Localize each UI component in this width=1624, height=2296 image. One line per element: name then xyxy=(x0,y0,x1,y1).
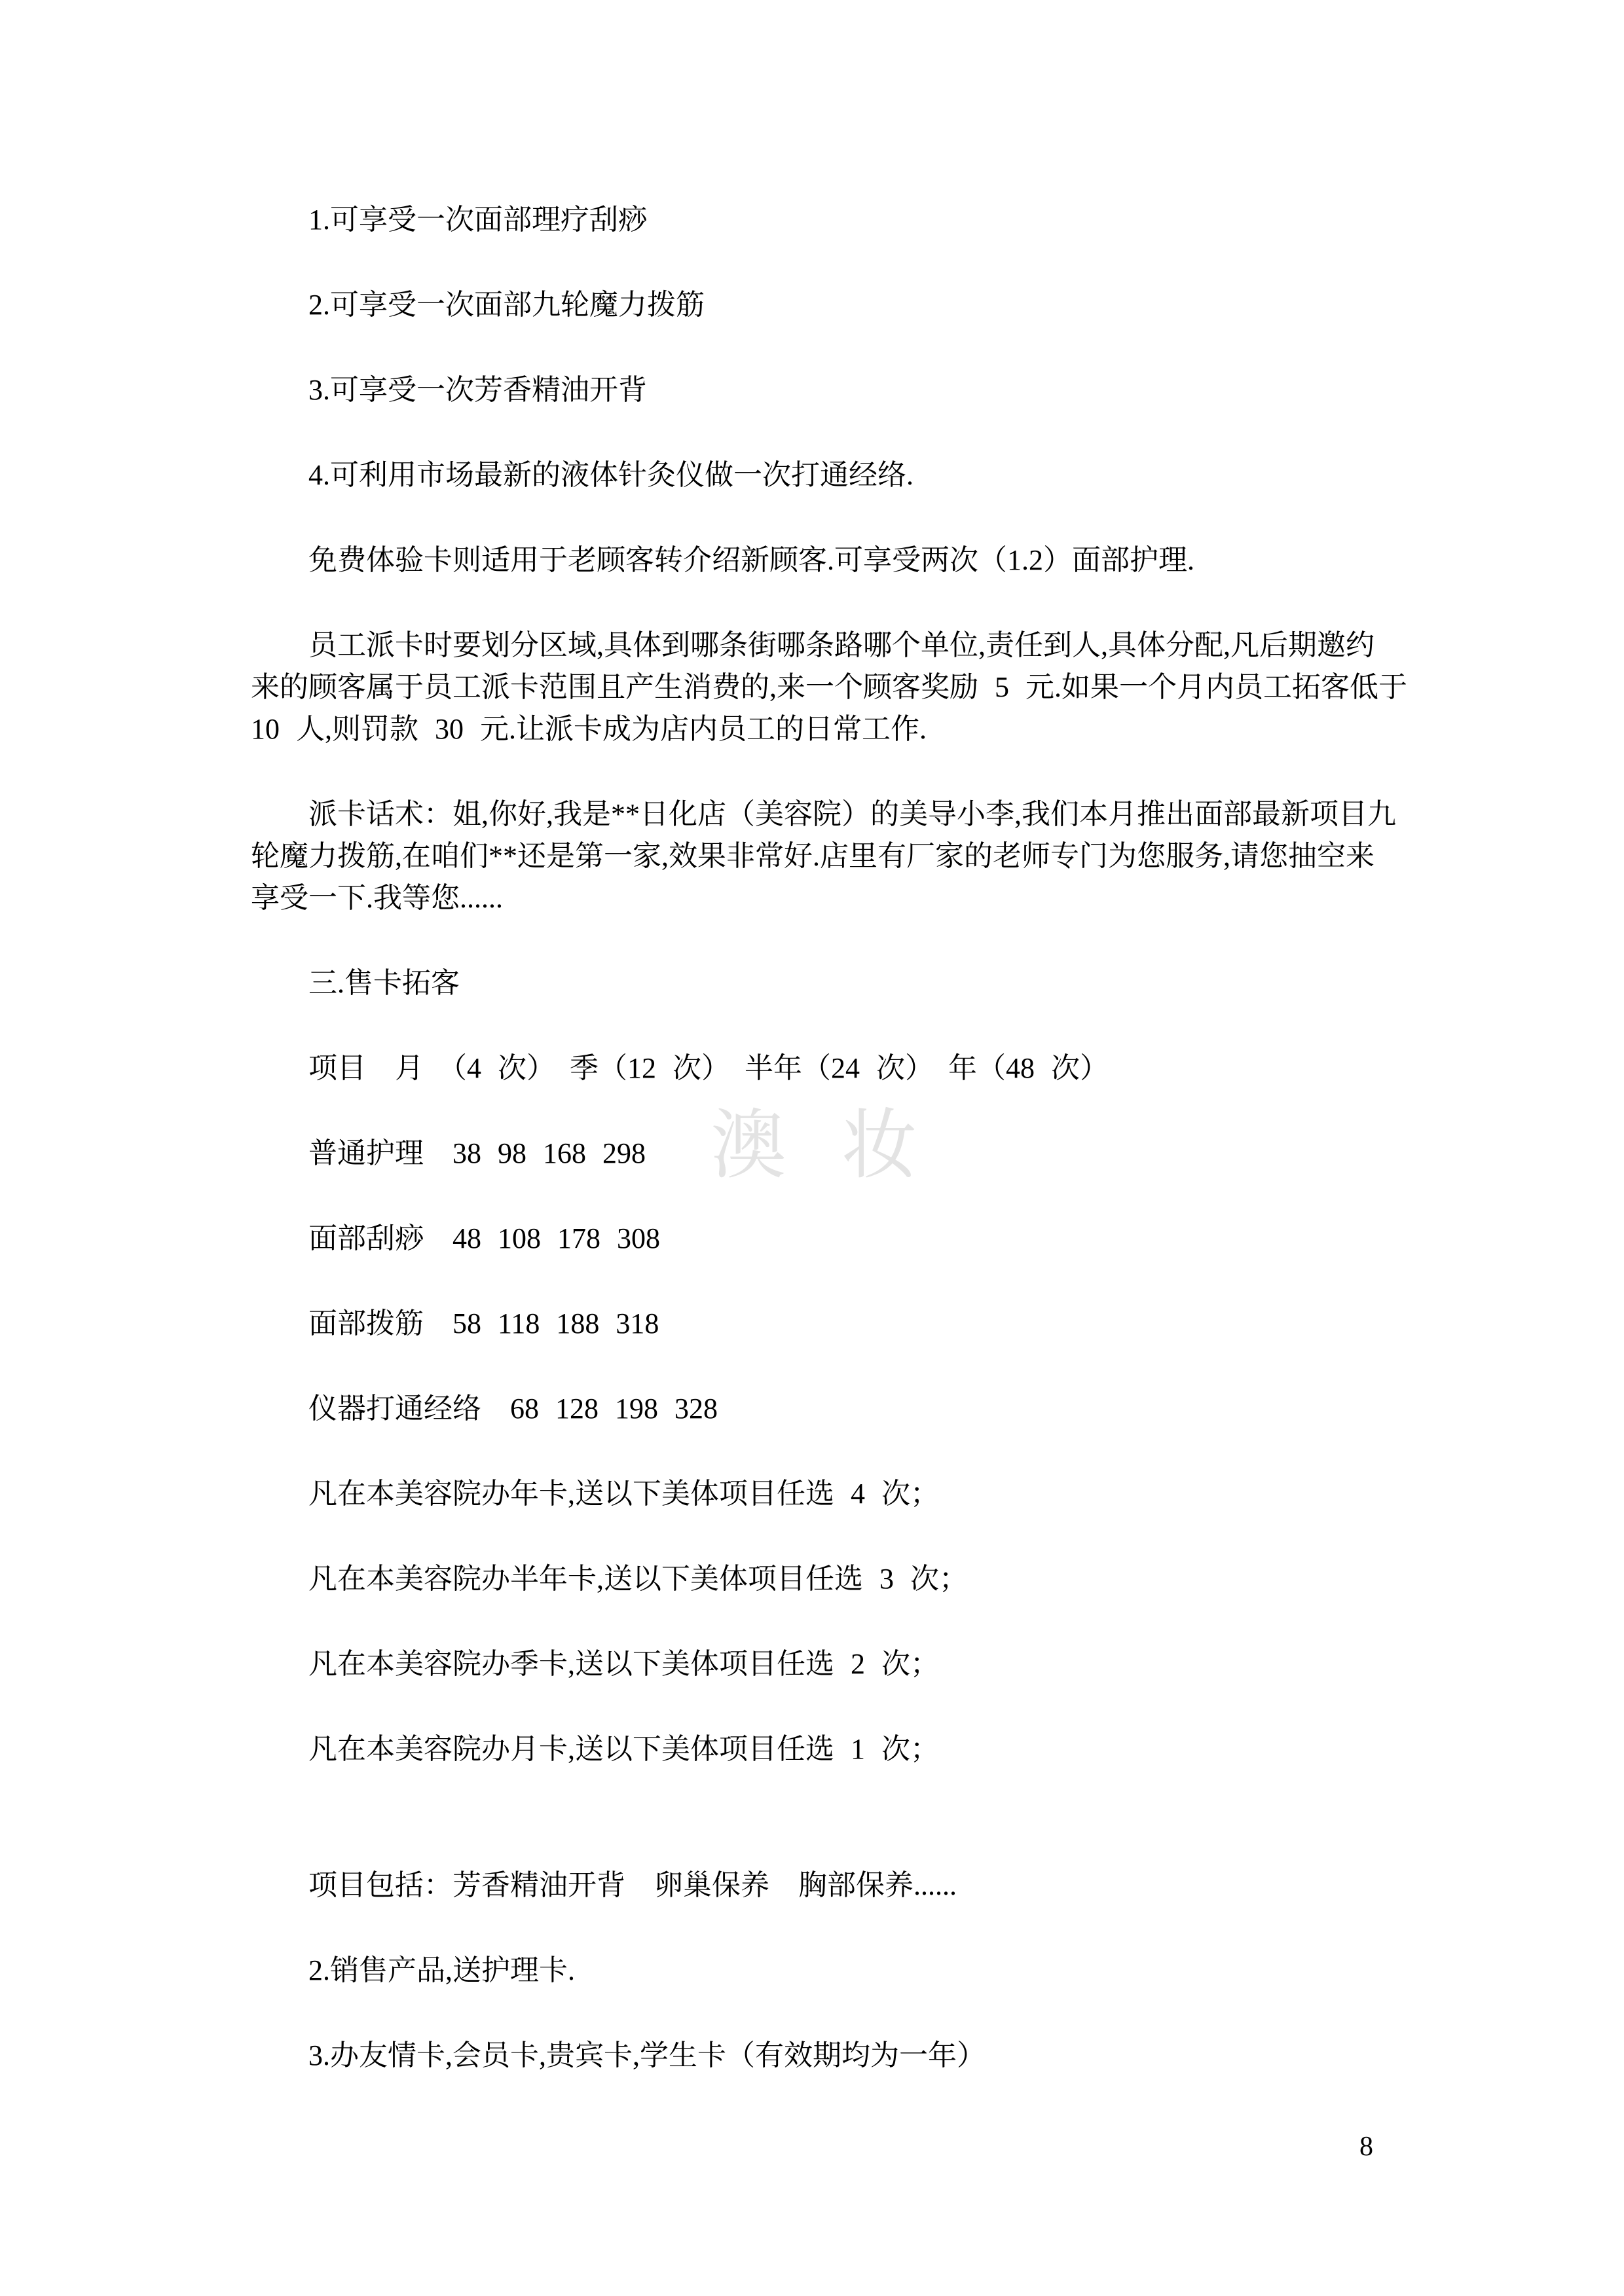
text-line: 项目包括：芳香精油开背 卵巢保养 胸部保养...... xyxy=(251,1865,1384,1906)
benefit-item-1: 1.可享受一次面部理疗刮痧 xyxy=(251,199,1384,241)
text-line: 派卡话术：姐,你好,我是**日化店（美容院）的美导小李,我们本月推出面部最新项目… xyxy=(251,793,1384,835)
document-body: 1.可享受一次面部理疗刮痧 2.可享受一次面部九轮魔力拨筋 3.可享受一次芳香精… xyxy=(251,199,1384,2120)
price-row-facial-bojin: 面部拨筋 58 118 188 318 xyxy=(251,1303,1384,1345)
text-line: 3.办友情卡,会员卡,贵宾卡,学生卡（有效期均为一年） xyxy=(251,2035,1384,2077)
employee-card-zoning-para: 员工派卡时要划分区域,具体到哪条街哪条路哪个单位,责任到人,具体分配,凡后期邀约… xyxy=(251,625,1384,750)
text-line: 凡在本美容院办半年卡,送以下美体项目任选 3 次； xyxy=(251,1558,1384,1600)
half-year-card-gift-rule: 凡在本美容院办半年卡,送以下美体项目任选 3 次； xyxy=(251,1558,1384,1600)
table-row-line: 普通护理 38 98 168 298 xyxy=(251,1133,1384,1175)
price-row-device-meridian: 仪器打通经络 68 128 198 328 xyxy=(251,1388,1384,1430)
sell-product-rule: 2.销售产品,送护理卡. xyxy=(251,1950,1384,1992)
text-line: 员工派卡时要划分区域,具体到哪条街哪条路哪个单位,责任到人,具体分配,凡后期邀约 xyxy=(251,625,1384,666)
text-line: 2.可享受一次面部九轮魔力拨筋 xyxy=(251,284,1384,326)
document-page: 澳妆 1.可享受一次面部理疗刮痧 2.可享受一次面部九轮魔力拨筋 3.可享受一次… xyxy=(0,0,1624,2296)
text-line: 1.可享受一次面部理疗刮痧 xyxy=(251,199,1384,241)
annual-card-gift-rule: 凡在本美容院办年卡,送以下美体项目任选 4 次； xyxy=(251,1473,1384,1515)
text-line: 凡在本美容院办月卡,送以下美体项目任选 1 次； xyxy=(251,1728,1384,1770)
text-line: 10 人,则罚款 30 元.让派卡成为店内员工的日常工作. xyxy=(251,708,1384,750)
text-line: 享受一下.我等您...... xyxy=(251,877,1384,919)
friendship-card-rule: 3.办友情卡,会员卡,贵宾卡,学生卡（有效期均为一年） xyxy=(251,2035,1384,2077)
section-title: 三.售卡拓客 xyxy=(251,962,1384,1004)
table-row-line: 面部拨筋 58 118 188 318 xyxy=(251,1303,1384,1345)
text-line: 轮魔力拨筋,在咱们**还是第一家,效果非常好.店里有厂家的老师专门为您服务,请您… xyxy=(251,835,1384,877)
table-row-line: 仪器打通经络 68 128 198 328 xyxy=(251,1388,1384,1430)
text-line: 4.可利用市场最新的液体针灸仪做一次打通经络. xyxy=(251,454,1384,496)
price-row-regular-care: 普通护理 38 98 168 298 xyxy=(251,1133,1384,1175)
card-handout-script-para: 派卡话术：姐,你好,我是**日化店（美容院）的美导小李,我们本月推出面部最新项目… xyxy=(251,793,1384,919)
text-line: 凡在本美容院办年卡,送以下美体项目任选 4 次； xyxy=(251,1473,1384,1515)
section-title-card-sales: 三.售卡拓客 xyxy=(251,962,1384,1004)
text-line: 来的顾客属于员工派卡范围且产生消费的,来一个顾客奖励 5 元.如果一个月内员工拓… xyxy=(251,666,1384,708)
table-row-line: 面部刮痧 48 108 178 308 xyxy=(251,1218,1384,1260)
text-line: 2.销售产品,送护理卡. xyxy=(251,1950,1384,1992)
blank-line-spacer xyxy=(251,1813,1384,1865)
price-row-facial-guasha: 面部刮痧 48 108 178 308 xyxy=(251,1218,1384,1260)
gift-items-include-line: 项目包括：芳香精油开背 卵巢保养 胸部保养...... xyxy=(251,1865,1384,1906)
benefit-item-2: 2.可享受一次面部九轮魔力拨筋 xyxy=(251,284,1384,326)
text-line: 3.可享受一次芳香精油开背 xyxy=(251,369,1384,411)
page-number: 8 xyxy=(1359,2126,1373,2168)
free-card-note: 免费体验卡则适用于老顾客转介绍新顾客.可享受两次（1.2）面部护理. xyxy=(251,539,1384,581)
text-line: 凡在本美容院办季卡,送以下美体项目任选 2 次； xyxy=(251,1643,1384,1685)
month-card-gift-rule: 凡在本美容院办月卡,送以下美体项目任选 1 次； xyxy=(251,1728,1384,1770)
text-line: 免费体验卡则适用于老顾客转介绍新顾客.可享受两次（1.2）面部护理. xyxy=(251,539,1384,581)
benefit-item-4: 4.可利用市场最新的液体针灸仪做一次打通经络. xyxy=(251,454,1384,496)
price-table-header-row: 项目 月 （4 次） 季（12 次） 半年（24 次） 年（48 次） xyxy=(251,1048,1384,1089)
season-card-gift-rule: 凡在本美容院办季卡,送以下美体项目任选 2 次； xyxy=(251,1643,1384,1685)
table-header-line: 项目 月 （4 次） 季（12 次） 半年（24 次） 年（48 次） xyxy=(251,1048,1384,1089)
benefit-item-3: 3.可享受一次芳香精油开背 xyxy=(251,369,1384,411)
